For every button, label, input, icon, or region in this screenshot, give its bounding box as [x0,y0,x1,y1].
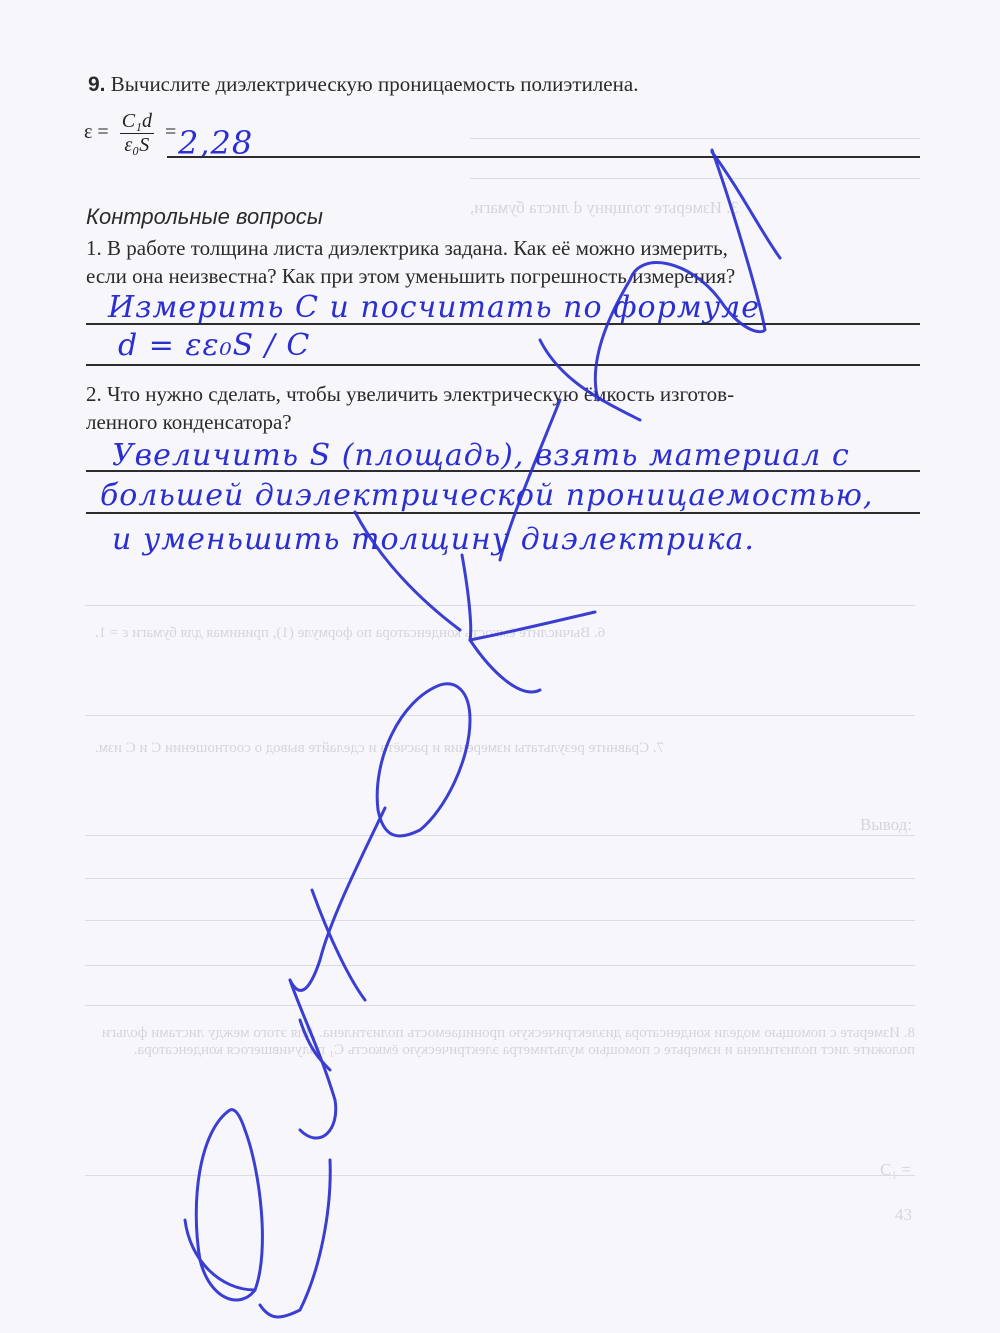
workbook-page: 3. Измерьте толщину d листа бумаги, 6. В… [0,0,1000,1333]
pen-scribble-icon [0,0,1000,1333]
